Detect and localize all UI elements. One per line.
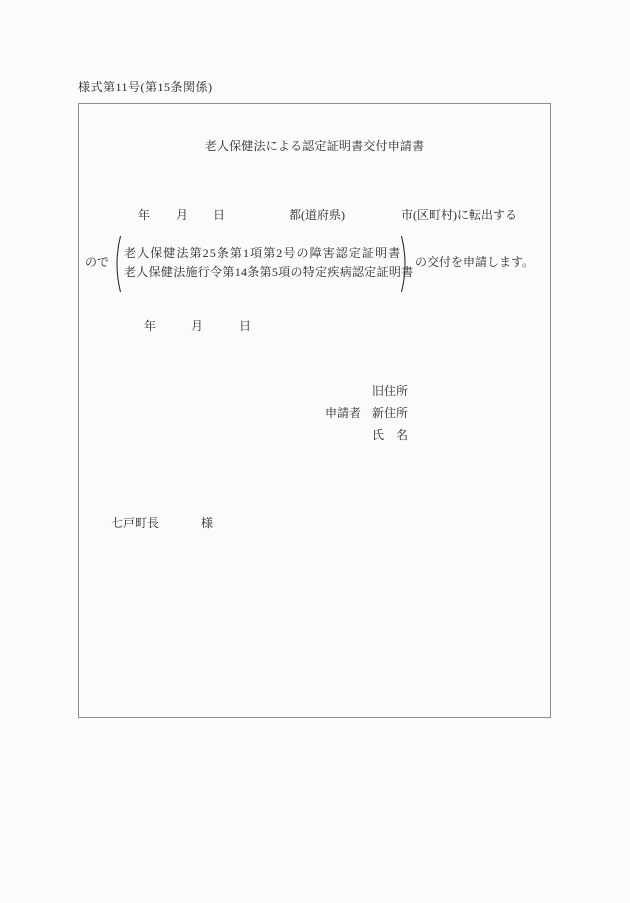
date1-day-label: 日 xyxy=(213,209,225,223)
date2-day-label: 日 xyxy=(239,320,251,334)
new-address-label: 新住所 xyxy=(372,407,408,421)
reason-prefix-label: ので xyxy=(85,256,109,270)
left-bracket xyxy=(112,235,122,293)
right-bracket xyxy=(400,235,410,293)
request-suffix-label: の交付を申請します。 xyxy=(415,256,534,270)
name-label: 氏 名 xyxy=(372,429,408,443)
moving-out-clause: 市(区町村)に転出する xyxy=(401,209,517,223)
addressee-honorific-label: 様 xyxy=(201,517,213,531)
addressee-mayor-label: 七戸町長 xyxy=(111,517,159,531)
date2-month-label: 月 xyxy=(191,320,203,334)
certificate-line-specified-disease: 老人保健法施行令第14条第5項の特定疾病認定証明書 xyxy=(124,266,402,280)
applicant-label: 申請者 xyxy=(325,407,361,421)
date2-year-label: 年 xyxy=(144,320,156,334)
date1-year-label: 年 xyxy=(138,209,150,223)
document-title: 老人保健法による認定証明書交付申請書 xyxy=(79,137,550,154)
document-page: 様式第11号(第15条関係) 老人保健法による認定証明書交付申請書 年 月 日 … xyxy=(0,0,630,903)
certificate-line-disability: 老人保健法第25条第1項第2号の障害認定証明書 xyxy=(124,247,402,261)
date1-month-label: 月 xyxy=(176,209,188,223)
prefecture-label: 都(道府県) xyxy=(289,209,345,223)
form-border-box: 老人保健法による認定証明書交付申請書 年 月 日 都(道府県) 市(区町村)に転… xyxy=(78,103,551,718)
old-address-label: 旧住所 xyxy=(372,385,408,399)
form-number-label: 様式第11号(第15条関係) xyxy=(78,81,213,95)
